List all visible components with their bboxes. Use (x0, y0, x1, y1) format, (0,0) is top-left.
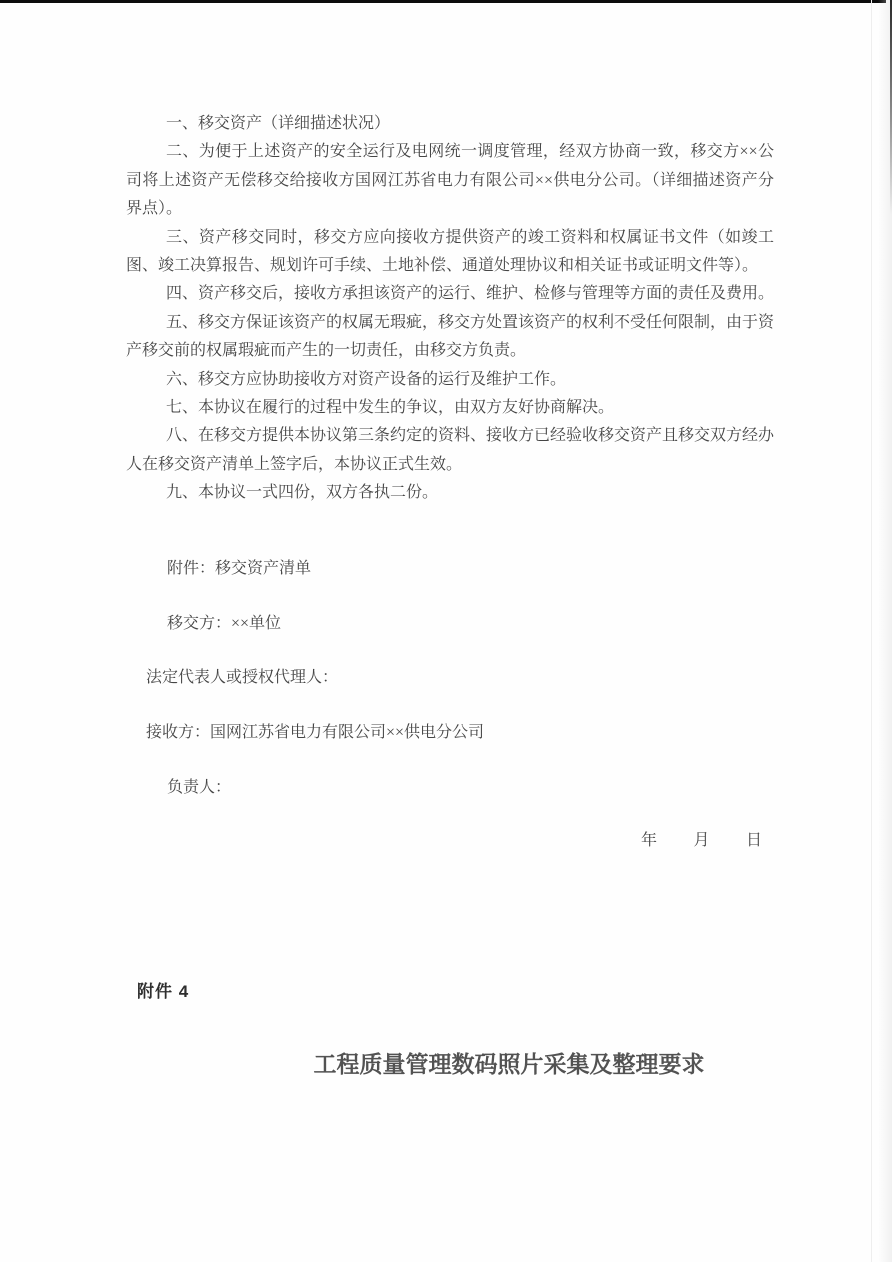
legal-representative-line: 法定代表人或授权代理人： (146, 667, 338, 689)
clause-paragraph-5: 五、移交方保证该资产的权属无瑕疵，移交方处置该资产的权利不受任何限制，由于资产移… (126, 309, 774, 366)
clause-paragraph-4: 四、资产移交后，接收方承担该资产的运行、维护、检修与管理等方面的责任及费用。 (126, 280, 774, 308)
clause-paragraph-3: 三、资产移交同时，移交方应向接收方提供资产的竣工资料和权属证书文件（如竣工图、竣… (126, 224, 774, 281)
clause-paragraph-8: 八、在移交方提供本协议第三条约定的资料、接收方已经验收移交资产且移交双方经办人在… (126, 422, 774, 479)
clause-paragraph-6: 六、移交方应协助接收方对资产设备的运行及维护工作。 (126, 366, 774, 394)
responsible-person-line: 负责人： (167, 777, 231, 799)
clause-paragraph-2: 二、为便于上述资产的安全运行及电网统一调度管理，经双方协商一致，移交方××公司将… (126, 138, 774, 223)
transferee-line: 接收方：国网江苏省电力有限公司××供电分公司 (146, 722, 484, 744)
attachment-note: 附件：移交资产清单 (167, 558, 311, 580)
date-line: 年 月 日 (641, 830, 764, 852)
agreement-clauses: 一、移交资产（详细描述状况） 二、为便于上述资产的安全运行及电网统一调度管理，经… (126, 110, 774, 508)
clause-paragraph-7: 七、本协议在履行的过程中发生的争议，由双方友好协商解决。 (126, 394, 774, 422)
scan-artifact-top-edge (0, 0, 886, 3)
appendix-title: 工程质量管理数码照片采集及整理要求 (126, 1048, 892, 1082)
clause-paragraph-9: 九、本协议一式四份，双方各执二份。 (126, 479, 774, 507)
scanned-document-page: 一、移交资产（详细描述状况） 二、为便于上述资产的安全运行及电网统一调度管理，经… (0, 0, 892, 1262)
transferor-line: 移交方：××单位 (167, 613, 281, 635)
clause-paragraph-1: 一、移交资产（详细描述状况） (126, 110, 774, 138)
appendix-label: 附件 4 (137, 977, 189, 1002)
